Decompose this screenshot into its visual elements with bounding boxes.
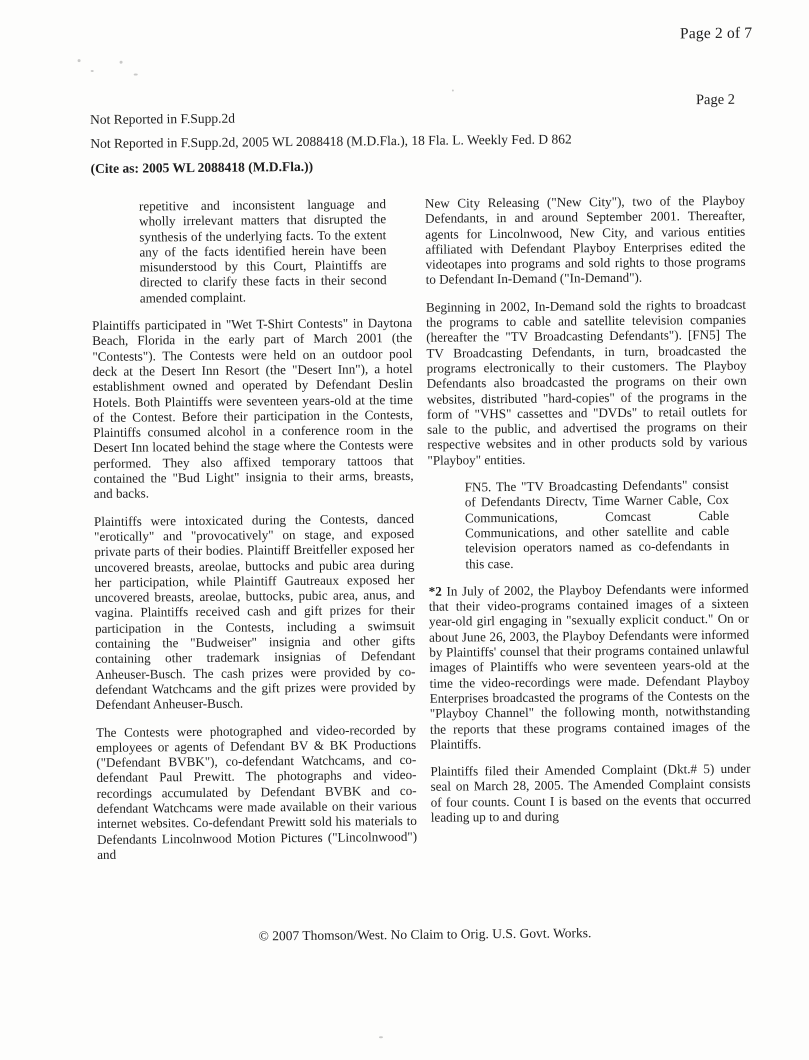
scan-artifact: [379, 1036, 383, 1038]
scan-artifact: [120, 61, 123, 64]
paragraph: Plaintiffs participated in "Wet T-Shirt …: [92, 315, 414, 502]
footnote: FN5. The "TV Broadcasting Defendants" co…: [465, 477, 730, 571]
reporter-line: Not Reported in F.Supp.2d: [90, 111, 235, 128]
scan-artifact: [78, 59, 81, 62]
blockquote: repetitive and inconsistent language and…: [139, 196, 387, 305]
paragraph: The Contests were photographed and video…: [96, 721, 417, 862]
paragraph-text: In July of 2002, the Playboy Defendants …: [429, 581, 750, 752]
two-column-body: repetitive and inconsistent language and…: [91, 193, 751, 874]
page-number: Page 2: [696, 92, 735, 109]
star-page-marker: *2: [429, 583, 442, 598]
paragraph: Plaintiffs filed their Amended Complaint…: [430, 761, 751, 825]
paragraph: *2 In July of 2002, the Playboy Defendan…: [429, 581, 751, 752]
cite-as-line: (Cite as: 2005 WL 2088418 (M.D.Fla.)): [91, 159, 314, 177]
copyright-footer: © 2007 Thomson/West. No Claim to Orig. U…: [98, 924, 752, 946]
print-page-indicator: Page 2 of 7: [680, 25, 753, 44]
scanned-content: Page 2 of 7 Page 2 Not Reported in F.Sup…: [0, 0, 809, 1060]
document-page: Page 2 of 7 Page 2 Not Reported in F.Sup…: [0, 0, 809, 1060]
left-column: repetitive and inconsistent language and…: [91, 196, 417, 874]
citation-line: Not Reported in F.Supp.2d, 2005 WL 20884…: [90, 131, 571, 152]
right-column: New City Releasing ("New City"), two of …: [425, 193, 751, 871]
paragraph: Beginning in 2002, In-Demand sold the ri…: [426, 296, 748, 467]
paragraph: New City Releasing ("New City"), two of …: [425, 193, 746, 288]
paragraph: Plaintiffs were intoxicated during the C…: [94, 511, 416, 713]
scan-artifact: [452, 90, 454, 92]
scan-artifact: [134, 74, 138, 76]
scan-artifact: [91, 70, 94, 72]
